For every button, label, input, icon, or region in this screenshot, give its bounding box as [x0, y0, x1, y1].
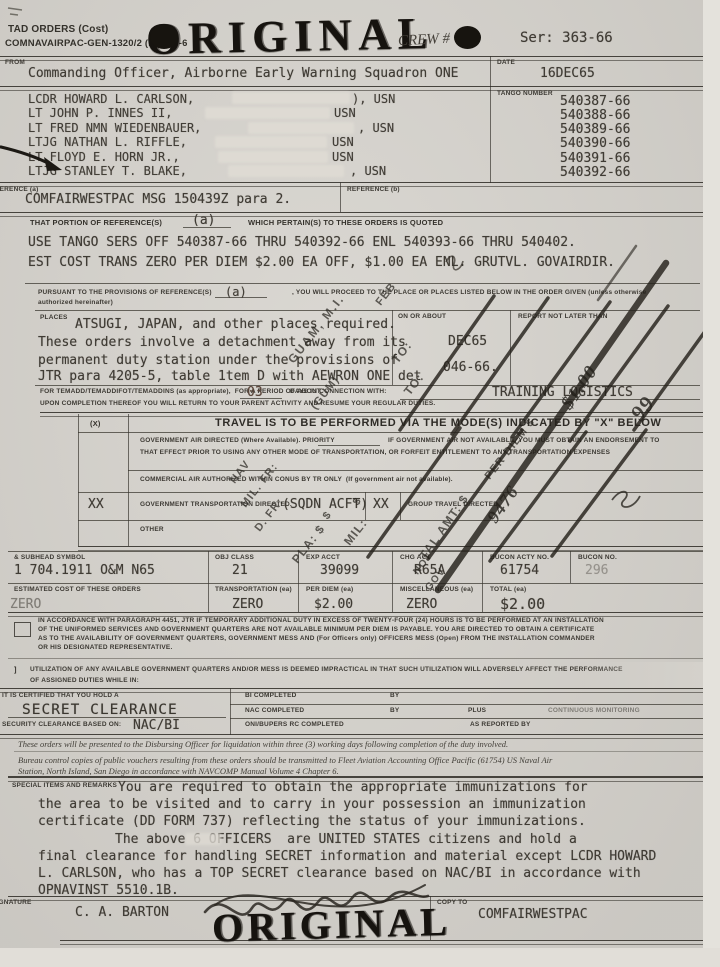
- travel-row1-text2: THAT EFFECT PRIOR TO USING ANY OTHER MOD…: [140, 449, 610, 456]
- personnel-usn: ), USN: [352, 92, 395, 106]
- rule: [0, 212, 710, 217]
- redaction: [215, 136, 327, 148]
- rule: [78, 492, 706, 493]
- travel-row2-text: COMMERCIAL AIR AUTHORIZED WITHIN CONUS B…: [140, 476, 453, 483]
- rule: [490, 56, 491, 183]
- on-or-about-value: DEC65: [448, 334, 487, 349]
- acct-objclass-value: 21: [232, 563, 248, 578]
- travel-row3-mark: XX: [88, 497, 104, 512]
- personnel-usn: , USN: [358, 121, 394, 135]
- rule: [78, 520, 706, 521]
- acct-estcost-value: ZERO: [10, 597, 41, 612]
- personnel-name: LT JOHN P. INNES II,: [28, 106, 173, 120]
- redaction: [228, 165, 344, 177]
- rule: [230, 718, 706, 719]
- personnel-usn: , USN: [350, 164, 386, 178]
- places-line3: permanent duty station under the provisi…: [38, 353, 398, 368]
- acct-objclass-label: OBJ CLASS: [215, 554, 254, 561]
- tango-number: 540388-66: [560, 108, 630, 123]
- travel-row3-mark2: XX: [373, 497, 389, 512]
- acct-subhead-label: & SUBHEAD SYMBOL: [14, 554, 85, 561]
- acct-estcost-label: ESTIMATED COST OF THESE ORDERS: [14, 586, 141, 593]
- bi-completed-label: BI COMPLETED: [245, 692, 297, 699]
- acct-total-label: TOTAL (ea): [490, 586, 526, 593]
- acct-subhead-value: 1 704.1911 O&M N65: [14, 563, 155, 578]
- personnel-usn: USN: [332, 150, 354, 164]
- fineprint-line2: Bureau control copies of public vouchers…: [18, 755, 552, 765]
- pursuant-label-pre: PURSUANT TO THE PROVISIONS OF REFERENCE(…: [38, 289, 212, 296]
- para4451-line1: IN ACCORDANCE WITH PARAGRAPH 4451, JTR I…: [38, 617, 604, 624]
- utilization-line1: UTILIZATION OF ANY AVAILABLE GOVERNMENT …: [30, 666, 623, 673]
- para4451-line3: AS TO THE AVAILABILITY OF GOVERNMENT QUA…: [38, 635, 595, 642]
- blank-line: [400, 399, 700, 400]
- scan-edge-right: [703, 0, 720, 967]
- acct-trans-value: ZERO: [232, 597, 263, 612]
- personnel-name: LTJG STANLEY T. BLAKE,: [28, 164, 187, 178]
- rule: [392, 551, 393, 612]
- blank-line: [8, 717, 226, 718]
- rule: [230, 704, 706, 705]
- rule: [510, 310, 511, 385]
- personnel-name: LTJG NATHAN L. RIFFLE,: [28, 135, 187, 149]
- quoted-label-post: WHICH PERTAIN(S) TO THESE ORDERS IS QUOT…: [248, 218, 443, 227]
- remarks-label: SPECIAL ITEMS AND REMARKS: [12, 782, 117, 789]
- acct-perdiem-label: PER DIEM (ea): [306, 586, 353, 593]
- travel-x-header: (X): [90, 419, 101, 428]
- rule: [400, 492, 401, 520]
- travel-row1-text: GOVERNMENT AIR DIRECTED (Where Available…: [140, 437, 335, 444]
- blank-line: [240, 398, 282, 399]
- blank-line: [183, 227, 231, 228]
- pursuant-label-post: , YOU WILL PROCEED TO THE PLACE OR PLACE…: [292, 289, 646, 296]
- places-line2: These orders involve a detachment away f…: [38, 335, 406, 350]
- remarks-line5: final clearance for handling SECRET info…: [38, 849, 656, 864]
- date-label: DATE: [497, 59, 515, 66]
- redaction: [248, 122, 354, 134]
- bi-by-label: BY: [390, 692, 399, 699]
- smudge: [185, 833, 221, 845]
- rule: [482, 551, 483, 612]
- oni-bupers-label: ONI/BUPERS RC COMPLETED: [245, 721, 344, 728]
- tango-number: 540391-66: [560, 151, 630, 166]
- remarks-line1: You are required to obtain the appropria…: [118, 780, 588, 795]
- date-value: 16DEC65: [540, 66, 595, 81]
- rule: [128, 414, 129, 546]
- quoted-label-pre: THAT PORTION OF REFERENCE(S): [30, 218, 162, 227]
- para4451-line4: OR HIS DESIGNATED REPRESENTATIVE.: [38, 644, 172, 651]
- places-line4: JTR para 4205-5, table 1tem D with AEWRO…: [38, 369, 422, 384]
- acct-total-value: $2.00: [500, 595, 545, 613]
- remarks-line6: L. CARLSON, who has a TOP SECRET clearan…: [38, 866, 641, 881]
- personnel-name: LCDR HOWARD L. CARLSON,: [28, 92, 194, 106]
- ink-loop: [612, 492, 640, 507]
- rule: [230, 688, 231, 735]
- clearance-based-value: NAC/BI: [133, 718, 180, 733]
- places-line4b: 046-66.: [443, 360, 498, 375]
- crew-number-note: CREW #: [398, 31, 451, 51]
- punch-hole-right: [454, 26, 481, 49]
- personnel-usn: USN: [334, 106, 356, 120]
- acct-buconacty-value: 61754: [500, 563, 539, 578]
- nac-by-label: BY: [390, 707, 399, 714]
- rule: [0, 56, 706, 61]
- from-value: Commanding Officer, Airborne Early Warni…: [28, 66, 458, 81]
- acct-expacct-value: 39099: [320, 563, 359, 578]
- report-not-later-label: REPORT NOT LATER THAN: [518, 313, 608, 320]
- utilization-bracket: ]: [14, 665, 17, 674]
- rule: [570, 551, 571, 583]
- acct-misc-label: MISCELLANEOUS (ea): [400, 586, 473, 593]
- travel-row4-text: OTHER: [140, 526, 164, 533]
- rule: [35, 310, 700, 311]
- temadd-line2: UPON COMPLETION THEREOF YOU WILL RETURN …: [40, 400, 435, 407]
- rule: [8, 583, 708, 584]
- tango-number: 540390-66: [560, 136, 630, 151]
- as-reported-label: AS REPORTED BY: [470, 721, 531, 728]
- acct-misc-value: ZERO: [406, 597, 437, 612]
- rule: [78, 546, 708, 551]
- redaction: [232, 92, 350, 104]
- rule: [8, 551, 708, 552]
- rule: [8, 658, 708, 659]
- rule: [14, 751, 704, 752]
- rule: [392, 310, 393, 385]
- personnel-name: LT FLOYD E. HORN JR.,: [28, 150, 180, 164]
- tango-number: 540392-66: [560, 165, 630, 180]
- copy-to-value: COMFAIRWESTPAC: [478, 907, 588, 922]
- quarters-checkbox: [14, 622, 31, 637]
- scan-fade: [580, 662, 720, 688]
- rule: [78, 432, 706, 433]
- pursuant-label-post2: authorized hereinafter): [38, 299, 113, 306]
- acct-buconno-value: 296: [585, 563, 608, 578]
- clearance-based-label: SECURITY CLEARANCE BASED ON:: [2, 721, 121, 728]
- temadd-label-mid: DAYS IN CONNECTION WITH:: [290, 388, 387, 395]
- travel-header: TRAVEL IS TO BE PERFORMED VIA THE MODE(S…: [215, 417, 661, 429]
- blank-line: [215, 297, 267, 298]
- reference-b-label: REFERENCE (b): [347, 186, 400, 193]
- temadd-label: FOR TEMADD/TEMADDIFOT/TEMADDINS (as appr…: [40, 388, 321, 395]
- clearance-hold-label: IT IS CERTIFIED THAT YOU HOLD A: [2, 692, 119, 699]
- rule: [8, 612, 708, 617]
- acct-trans-label: TRANSPORTATION (ea): [215, 586, 292, 593]
- acct-buconno-label: BUCON NO.: [578, 554, 617, 561]
- redaction: [205, 107, 330, 119]
- punch-hole-left: [150, 25, 178, 49]
- tango-number-label: TANGO NUMBER: [497, 90, 553, 97]
- fineprint-line1: These orders will be presented to the Di…: [18, 739, 508, 749]
- rule: [365, 492, 366, 520]
- blank-line: [318, 445, 380, 446]
- acct-buconacty-label: BUCON ACTY NO.: [490, 554, 549, 561]
- remarks-line2: the area to be visited and to carry in y…: [38, 797, 586, 812]
- serial-number: Ser: 363-66: [520, 30, 613, 46]
- personnel-usn: USN: [332, 135, 354, 149]
- para4451-line2: OF THE UNIFORMED SERVICES AND GOVERNMENT…: [38, 626, 594, 633]
- rule: [25, 283, 700, 284]
- original-stamp-bottom: ORIGINAL: [211, 898, 451, 952]
- rule: [78, 414, 79, 546]
- places-label: PLACES: [40, 314, 68, 321]
- on-or-about-label: ON OR ABOUT: [398, 313, 446, 320]
- quoted-ref: (a): [192, 213, 215, 228]
- fineprint-line3: Station, North Island, San Diego in acco…: [18, 766, 339, 776]
- tad-orders-form-scan: TAD ORDERS (Cost) COMNAVAIRPAC-GEN-1320/…: [0, 0, 720, 967]
- quoted-line1: USE TANGO SERS OFF 540387-66 THRU 540392…: [28, 235, 576, 250]
- from-label: FROM: [5, 59, 25, 66]
- places-line1: ATSUGI, JAPAN, and other places required…: [75, 317, 396, 332]
- rule: [340, 182, 341, 212]
- rule: [128, 470, 706, 471]
- signature-label: SIGNATURE: [0, 899, 32, 906]
- personnel-name: LT FRED NMN WIEDENBAUER,: [28, 121, 201, 135]
- rule: [208, 551, 209, 612]
- remarks-line3: certificate (DD FORM 737) reflecting the…: [38, 814, 586, 829]
- tango-number: 540389-66: [560, 122, 630, 137]
- plus-label: PLUS: [468, 707, 486, 714]
- pencil-marks: [8, 8, 22, 15]
- rule: [0, 734, 710, 739]
- rule: [0, 86, 706, 91]
- rule: [40, 412, 705, 417]
- signature-name: C. A. BARTON: [75, 905, 169, 920]
- acct-perdiem-value: $2.00: [314, 597, 353, 612]
- tango-number: 540387-66: [560, 94, 630, 109]
- utilization-line2: OF ASSIGNED DUTIES WHILE IN:: [30, 677, 139, 684]
- redaction: [218, 151, 328, 163]
- acct-expacct-label: EXP ACCT: [306, 554, 340, 561]
- form-title: TAD ORDERS (Cost): [8, 24, 108, 35]
- clearance-hold-value: SECRET CLEARANCE: [22, 702, 178, 718]
- nac-completed-label: NAC COMPLETED: [245, 707, 304, 714]
- scan-edge-bottom: [0, 948, 720, 967]
- continuous-monitoring-label: CONTINUOUS MONITORING: [548, 707, 640, 714]
- reference-a-value: COMFAIRWESTPAC MSG 150439Z para 2.: [25, 192, 291, 207]
- quoted-line2: EST COST TRANS ZERO PER DIEM $2.00 EA OF…: [28, 255, 615, 270]
